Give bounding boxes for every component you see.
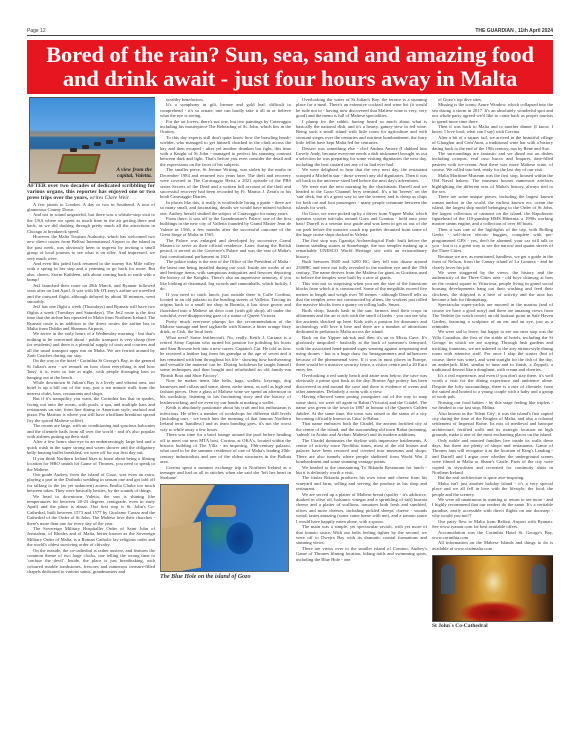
article-paragraph: Then it was one of the highlights of the… xyxy=(432,227,553,254)
article-paragraph: A few jaunts to London. A day or two in … xyxy=(27,202,155,213)
cannon-icon xyxy=(118,138,125,142)
cathedral-caption: St John`s Co-Cathedral xyxy=(432,624,553,629)
article-paragraph: Malta Maritime Museum was the first stop… xyxy=(432,173,553,195)
valletta-photo: A view from the capital, Valetta. xyxy=(29,97,155,183)
cannon-icon xyxy=(94,142,101,146)
article-paragraph: Pretty much everyone plumps for the reco… xyxy=(160,319,291,335)
article-paragraph: We were met the next morning by the char… xyxy=(296,184,427,211)
article-paragraph: We are served up a platter of Maltese br… xyxy=(296,492,427,524)
header-rule xyxy=(27,35,553,36)
article-paragraph: The rooms are large, with air conditioni… xyxy=(27,423,155,439)
article-paragraph: We head to downtown Valetta, the sun is … xyxy=(27,494,155,526)
column-1: A view from the capital, Valetta. AFTER … xyxy=(27,97,155,575)
article-paragraph: We were delighted to hear that the very … xyxy=(296,167,427,183)
article-paragraph: Accomodation was the Corinthia Hotel St.… xyxy=(432,530,553,541)
article-paragraph: On the outside, the co-cathedral is rath… xyxy=(27,548,155,575)
article-paragraph: It's a real experience, and even if you … xyxy=(432,373,553,400)
article-paragraph: Then it was back to Malta and to another… xyxy=(432,124,553,135)
article-paragraph: But if it's tranquility you want, the Co… xyxy=(27,396,155,423)
article-paragraph: If you think Northern Ireland likes to b… xyxy=(27,456,155,472)
cannon-icon xyxy=(70,148,77,152)
article-paragraph: The titular Rikardu produces his own win… xyxy=(296,475,427,491)
article-paragraph: That name embraces both the Citadel, the… xyxy=(296,421,427,437)
article-paragraph: For the art lovers, there's not one, but… xyxy=(160,119,291,135)
article-paragraph: Malta isn't just another holiday island … xyxy=(432,481,553,497)
article-paragraph: Nursing our food babies - by this stage … xyxy=(432,400,553,411)
article-paragraph: There are views over to the smaller isla… xyxy=(296,546,427,562)
column-2-text: wealthy benefactors.It's a symphony in g… xyxy=(160,97,291,481)
headline-banner: Bored of the rain? Sun, sea, sand and am… xyxy=(27,40,553,94)
publication-dateline: THE GUARDIAN , 11th April 2024 xyxy=(475,28,553,34)
headline-line-2: and drink await - just four hours away i… xyxy=(63,67,517,91)
article-paragraph: The surroundings are fantastic and we di… xyxy=(432,151,553,173)
article-paragraph: After a bit of a satnav fail, we arrived… xyxy=(432,135,553,151)
article-paragraph: I plump for the rabbit, having heard so … xyxy=(296,119,427,146)
cannon-icon xyxy=(106,140,113,144)
cannon-icon xyxy=(82,145,89,149)
page-number: Page 12 xyxy=(27,28,46,34)
article-columns: A view from the capital, Valetta. AFTER … xyxy=(27,97,553,737)
article-paragraph: The Sovereign Military Hospitaller Order… xyxy=(27,526,155,548)
article-paragraph: Overlooking the water of St Julian's Bay… xyxy=(296,97,427,119)
article-paragraph: To this day experts still don't quite kn… xyxy=(160,135,291,167)
article-paragraph: The Citadel dominates the skyline with i… xyxy=(296,438,427,465)
page-header: Page 12 THE GUARDIAN , 11th April 2024 xyxy=(27,27,553,34)
article-paragraph: The first stop was Ggantija Archaeologic… xyxy=(296,238,427,260)
headline-line-1: Bored of the rain? Sun, sea, sand and am… xyxy=(46,43,534,67)
article-paragraph: Dessert was something else - chef Andrea… xyxy=(296,146,427,168)
article-paragraph: Also known as the 'Silent City', it was … xyxy=(432,411,553,438)
article-paragraph: Jet2 launched their route on 28th March,… xyxy=(27,283,155,305)
byline: writes Clare Weir xyxy=(90,195,129,201)
article-paragraph: We arrive in the early hours of a Wednes… xyxy=(27,331,155,358)
column-1-text: A few jaunts to London. A day or two in … xyxy=(27,202,155,575)
article-paragraph: It's a symphony in gilt, bronze and gold… xyxy=(160,102,291,118)
valletta-caption: A view from the capital, Valetta. xyxy=(116,167,152,179)
article-paragraph: Spectacular super-yachts are moored in t… xyxy=(432,302,553,329)
arch-shape xyxy=(532,564,546,594)
article-paragraph: The Palace was enlarged and developed by… xyxy=(160,238,291,260)
article-paragraph: There was time for a brief lounge around… xyxy=(160,432,291,464)
article-paragraph: On the way to the hotel - Corinthia St G… xyxy=(27,358,155,380)
article-paragraph: From there, it was off to the Grandmaste… xyxy=(160,216,291,238)
column-4: of Gozo's top dive sites.Missing is the … xyxy=(432,97,553,630)
article-paragraph: However the Malta Tourism Authority, whi… xyxy=(27,234,155,261)
article-paragraph: What next? Some leathercraft. No, really… xyxy=(160,335,291,378)
article-paragraph: Built between 3600 and 3200 BC, they fel… xyxy=(296,259,427,281)
article-paragraph: There are some unique pieces, including … xyxy=(432,194,553,226)
article-paragraph: We were all unanimous in wanting to retu… xyxy=(432,497,553,519)
article-paragraph: We were sad to leave, but happy to see o… xyxy=(432,329,553,372)
article-paragraph: And not to sound ungrateful, but there w… xyxy=(27,212,155,234)
article-paragraph: Keith is absolutely passionate about his… xyxy=(160,405,291,432)
newspaper-page: Page 12 THE GUARDIAN , 11th April 2024 B… xyxy=(27,27,553,94)
article-paragraph: Corrina spent a summer exchange trip in … xyxy=(160,465,291,481)
article-paragraph: After a few hours shut-eye in an embarra… xyxy=(27,439,155,455)
article-paragraph: Overlooking a red sandy beach and azure … xyxy=(296,373,427,395)
article-paragraph: If you need to catch lunch, just outside… xyxy=(160,292,291,319)
cathedral-photo xyxy=(432,555,553,622)
article-paragraph: While downtown St Julian's Bay is a live… xyxy=(27,380,155,396)
article-paragraph: This was not so surprising when you see … xyxy=(296,281,427,308)
article-paragraph: We were staggered by the views, the hist… xyxy=(432,270,553,302)
blue-hole-photo xyxy=(160,484,289,572)
article-paragraph: All information on the Maltese Islands a… xyxy=(432,540,553,551)
blue-hole-caption: The Blue Hole on the island of Gozo xyxy=(160,575,291,580)
article-paragraph: The smaller piece, St Jerome Writing, wa… xyxy=(160,167,291,199)
article-paragraph: Having elbowed some posing youngsters ou… xyxy=(296,394,427,421)
article-paragraph: Our guide Audrey, from the island of Goz… xyxy=(27,472,155,494)
article-paragraph: Missing is the iconic Azure Window, whic… xyxy=(432,102,553,124)
article-paragraph: Back on the Yippee tuk-tuk and then it's… xyxy=(296,335,427,373)
article-paragraph: Our party flew to Malta from Belfast Air… xyxy=(432,519,553,530)
garden-emblem xyxy=(57,154,100,174)
column-3: Overlooking the water of St Julian's Bay… xyxy=(296,97,427,562)
article-paragraph: We headed to the unassuming Ta' Rikardu … xyxy=(296,465,427,476)
column-4-text: of Gozo's top dive sites.Missing is the … xyxy=(432,97,553,551)
column-2: wealthy benefactors.It's a symphony in g… xyxy=(160,97,291,580)
arch-shape xyxy=(441,564,455,594)
article-paragraph: Only noble and monied families live insi… xyxy=(432,438,553,476)
article-paragraph: Jet2 has one flight a week (Thursdays) a… xyxy=(27,304,155,331)
article-paragraph: The palace today is the seat of the Offi… xyxy=(160,259,291,291)
article-paragraph: In places like this, it really is worthw… xyxy=(160,200,291,216)
article-paragraph: Now he makes items like belts, bags, wal… xyxy=(160,378,291,405)
article-paragraph: Birds chirp, lizards bask in the sun, fa… xyxy=(296,308,427,335)
column-3-text: Overlooking the water of St Julian's Bay… xyxy=(296,97,427,562)
cliff-shape xyxy=(161,521,201,572)
article-paragraph: And even this jaded hack returned to the… xyxy=(27,261,155,283)
rock-shape xyxy=(206,505,236,517)
article-paragraph: The main was a simple, yet spectacular r… xyxy=(296,524,427,546)
article-paragraph: Because we are, as mentioned, handless, … xyxy=(432,254,553,270)
article-paragraph: On Gozo, we were picked up by a driver f… xyxy=(296,211,427,238)
article-lede: AFTER over two decades of dedicated scri… xyxy=(27,183,155,202)
